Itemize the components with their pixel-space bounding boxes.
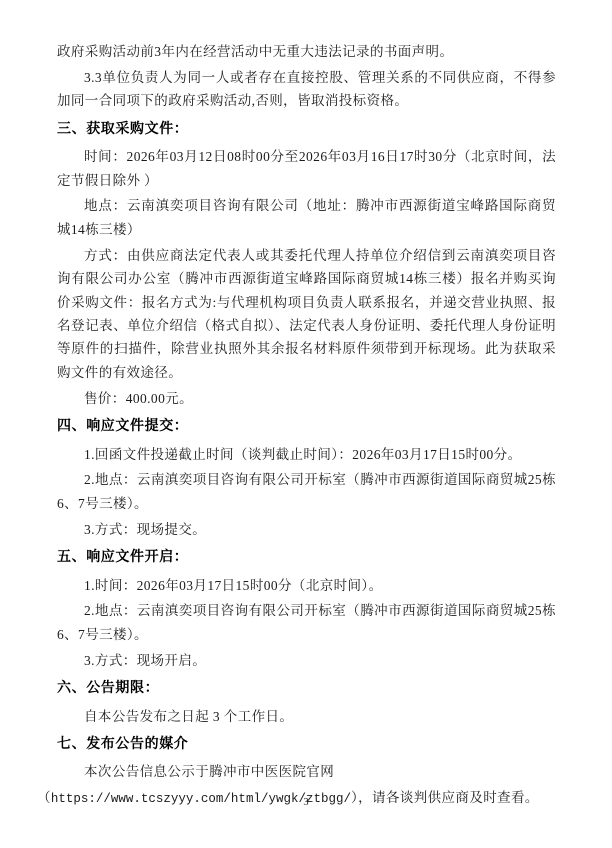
document-body: 政府采购活动前3年内在经营活动中无重大违法记录的书面声明。3.3单位负责人为同一… xyxy=(57,40,556,814)
para-submission-method: 3.方式：现场提交。 xyxy=(57,518,556,541)
para-publication-site: 本次公告信息公示于腾冲市中医医院官网 xyxy=(57,760,556,783)
para-obtain-method: 方式：由供应商法定代表人或其委托代理人持单位介绍信到云南滇奕项目咨询有限公司办公… xyxy=(57,244,556,384)
heading-section-4-response-submission: 四、响应文件提交： xyxy=(57,415,556,438)
para-announcement-period: 自本公告发布之日起 3 个工作日。 xyxy=(57,705,556,728)
heading-section-3-obtain-documents: 三、获取采购文件： xyxy=(57,118,556,141)
para-opening-method: 3.方式：现场开启。 xyxy=(57,649,556,672)
document-page: 政府采购活动前3年内在经营活动中无重大违法记录的书面声明。3.3单位负责人为同一… xyxy=(0,0,612,848)
para-submission-location: 2.地点：云南滇奕项目咨询有限公司开标室（腾冲市西源街道国际商贸城25栋6、7号… xyxy=(57,468,556,515)
heading-section-7-publication-media: 七、发布公告的媒介 xyxy=(57,733,556,756)
heading-section-6-announcement-period: 六、公告期限： xyxy=(57,677,556,700)
para-opening-location: 2.地点：云南滇奕项目咨询有限公司开标室（腾冲市西源街道国际商贸城25栋6、7号… xyxy=(57,599,556,646)
para-obtain-location: 地点：云南滇奕项目咨询有限公司（地址：腾冲市西源街道宝峰路国际商贸城14栋三楼） xyxy=(57,194,556,241)
para-opening-time: 1.时间：2026年03月17日15时00分（北京时间）。 xyxy=(57,574,556,597)
para-document-price: 售价：400.00元。 xyxy=(57,387,556,410)
para-no-violation-statement: 政府采购活动前3年内在经营活动中无重大违法记录的书面声明。 xyxy=(57,40,556,63)
page-number: 3 xyxy=(0,797,612,808)
heading-section-5-response-opening: 五、响应文件开启： xyxy=(57,546,556,569)
para-obtain-time: 时间：2026年03月12日08时00分至2026年03月16日17时30分（北… xyxy=(57,145,556,192)
para-submission-deadline: 1.回函文件投递截止时间（谈判截止时间）：2026年03月17日15时00分。 xyxy=(57,443,556,466)
para-3-3-same-responsible-person: 3.3单位负责人为同一人或者存在直接控股、管理关系的不同供应商，不得参加同一合同… xyxy=(57,66,556,113)
